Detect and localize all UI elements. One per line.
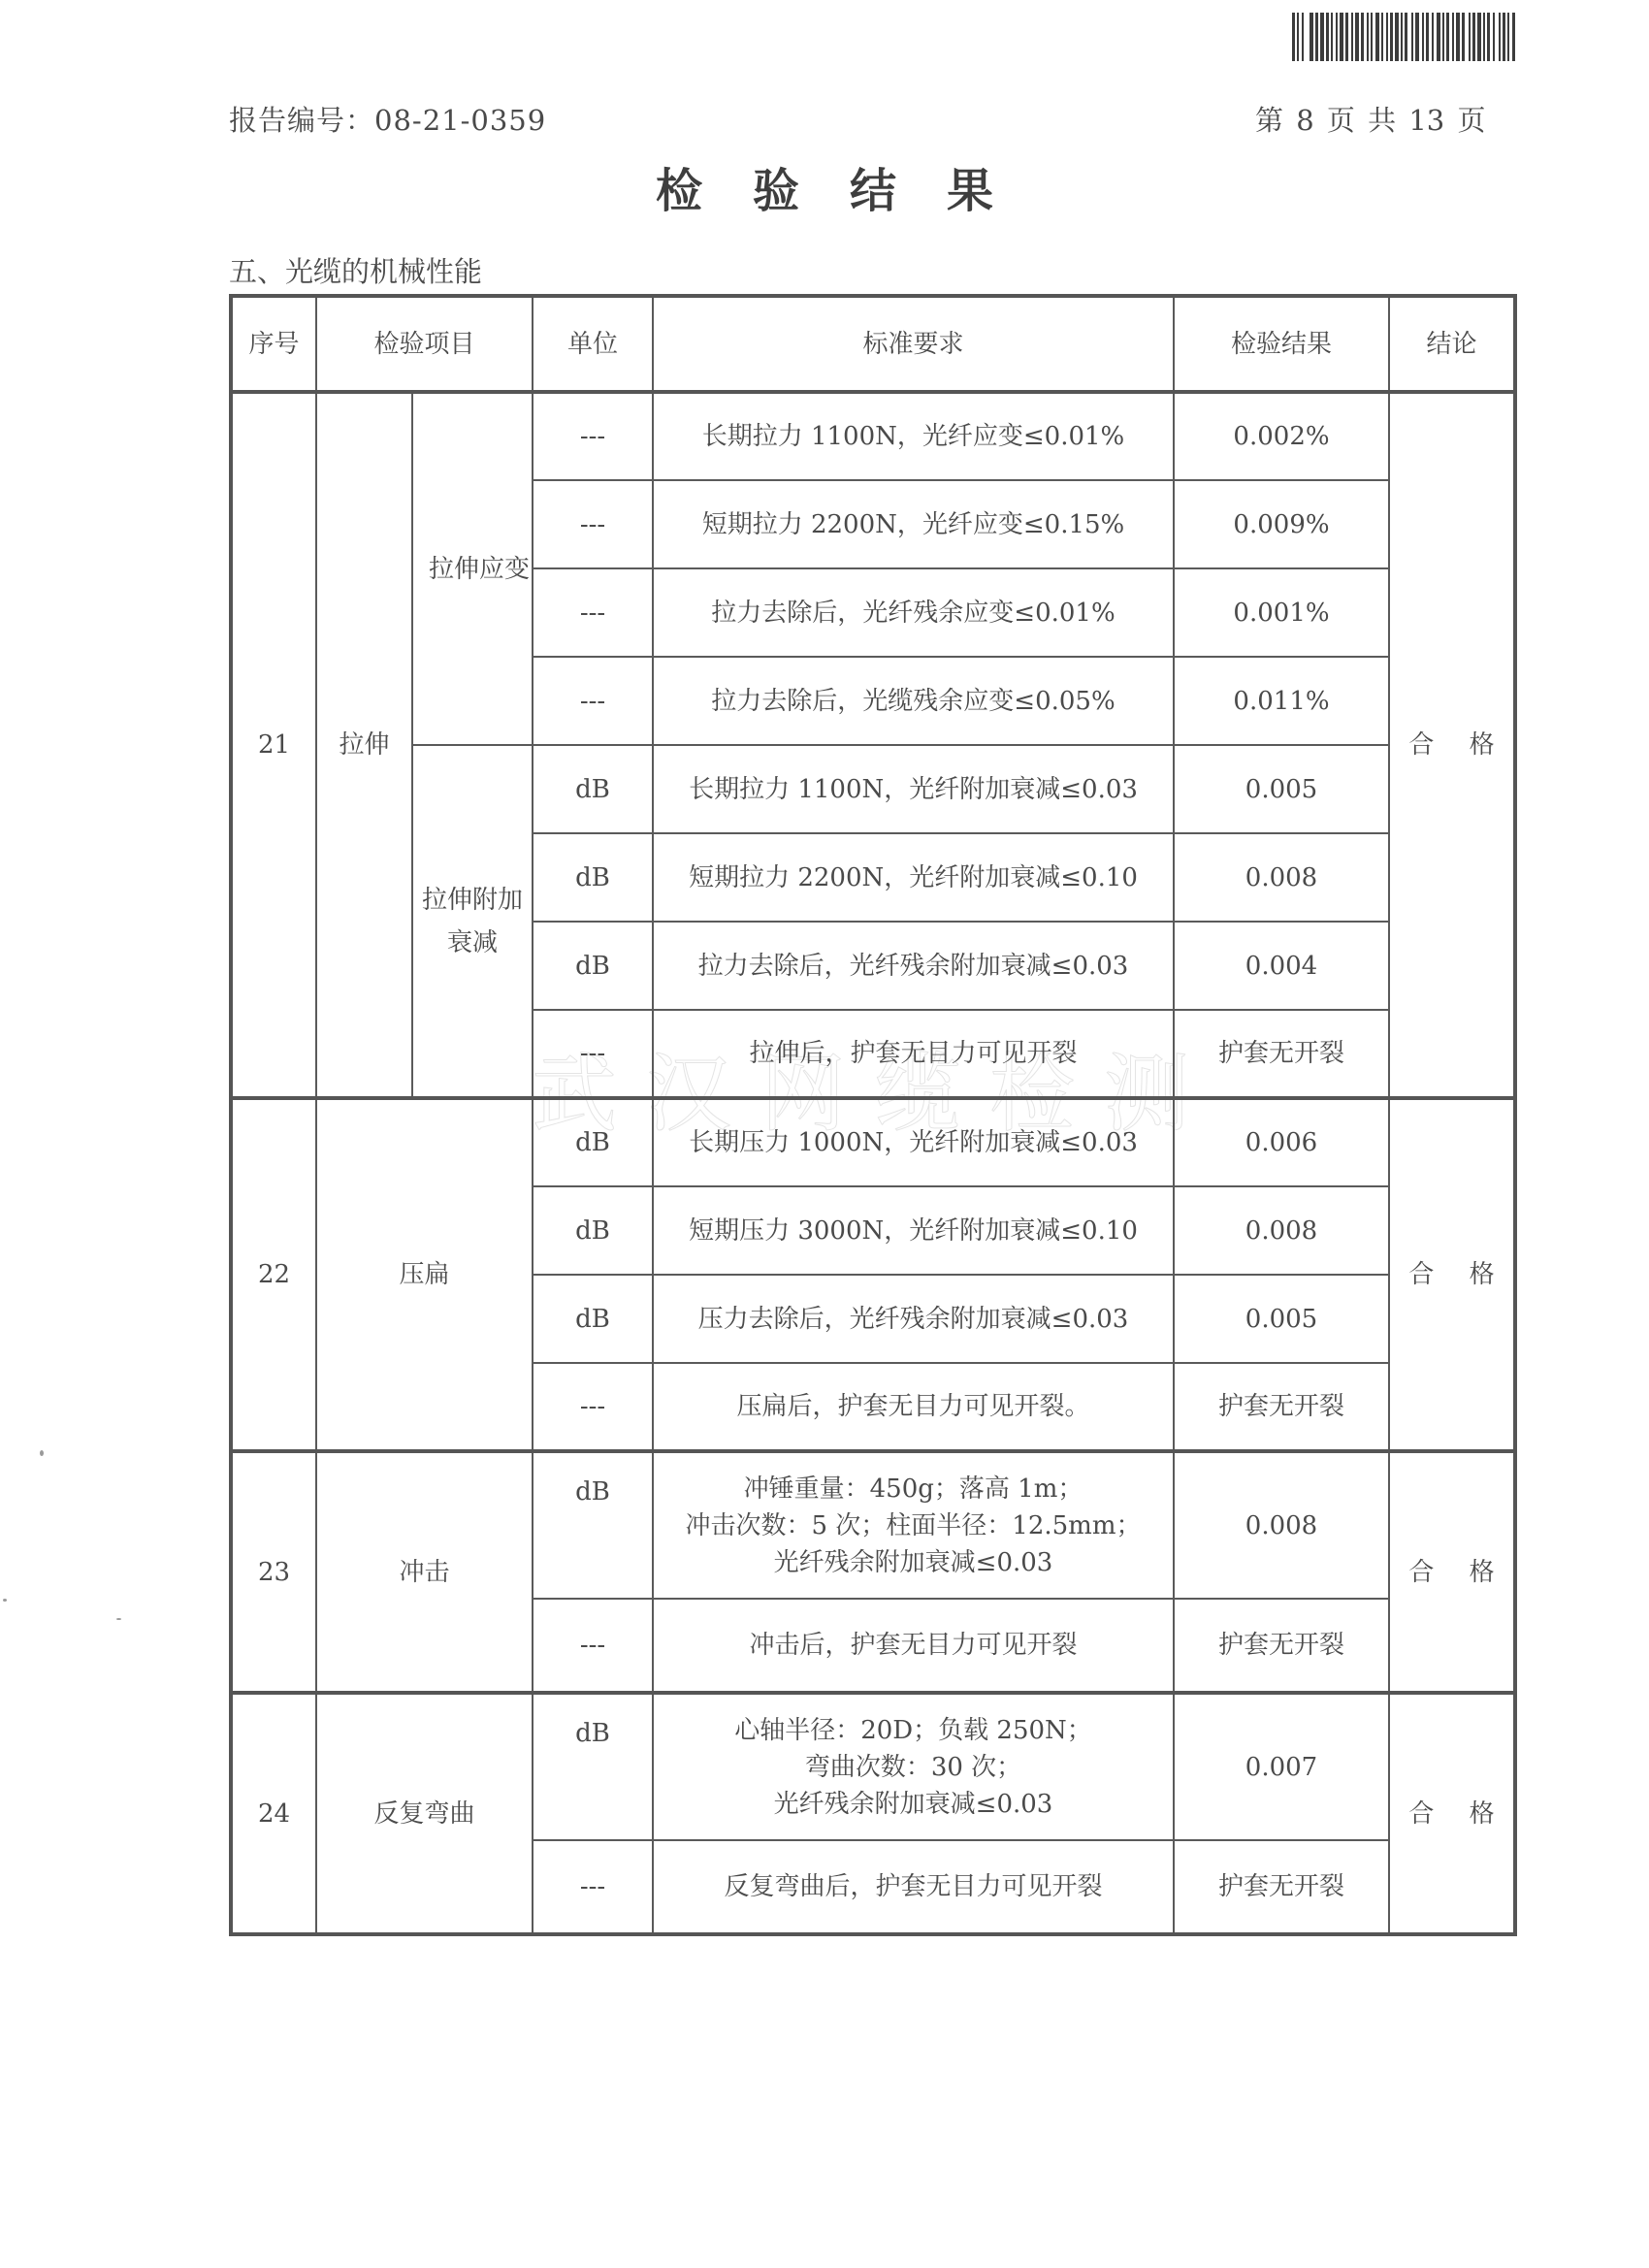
result: 0.007 (1174, 1693, 1389, 1840)
col-header-requirement: 标准要求 (653, 296, 1174, 392)
result: 0.002% (1174, 392, 1389, 480)
table-row: 22 压扁 dB 长期压力 1000N，光纤附加衰减≤0.03 0.006 合 … (231, 1098, 1515, 1186)
result: 0.004 (1174, 922, 1389, 1010)
table-row: 23 冲击 dB 冲锤重量：450g；落高 1m； 冲击次数：5 次；柱面半径：… (231, 1451, 1515, 1599)
item-no: 22 (231, 1098, 316, 1451)
conclusion: 合 格 (1389, 1098, 1515, 1451)
requirement: 长期拉力 1100N，光纤应变≤0.01% (653, 392, 1174, 480)
page-title: 检验结果 (0, 153, 1649, 220)
requirement: 压力去除后，光纤残余附加衰减≤0.03 (653, 1275, 1174, 1363)
requirement-line: 心轴半径：20D；负载 250N； (654, 1712, 1173, 1749)
requirement: 拉伸后，护套无目力可见开裂 (653, 1010, 1174, 1098)
requirement: 长期压力 1000N，光纤附加衰减≤0.03 (653, 1098, 1174, 1186)
requirement-line: 冲锤重量：450g；落高 1m； (654, 1471, 1173, 1507)
requirement-line: 光纤残余附加衰减≤0.03 (654, 1544, 1173, 1581)
scan-speck (3, 1599, 7, 1602)
scan-speck (40, 1450, 44, 1456)
col-header-result: 检验结果 (1174, 296, 1389, 392)
item-name: 冲击 (316, 1451, 533, 1693)
item-name: 压扁 (316, 1098, 533, 1451)
item-name: 反复弯曲 (316, 1693, 533, 1934)
col-header-conclusion: 结论 (1389, 296, 1515, 392)
conclusion: 合 格 (1389, 1451, 1515, 1693)
result: 0.005 (1174, 1275, 1389, 1363)
subitem-name: 拉伸附加衰减 (412, 745, 533, 1098)
requirement-line: 冲击次数：5 次；柱面半径：12.5mm； (654, 1507, 1173, 1544)
requirement: 压扁后，护套无目力可见开裂。 (653, 1363, 1174, 1451)
result: 护套无开裂 (1174, 1363, 1389, 1451)
table-header-row: 序号 检验项目 单位 标准要求 检验结果 结论 (231, 296, 1515, 392)
result: 0.001% (1174, 568, 1389, 657)
conclusion: 合 格 (1389, 1693, 1515, 1934)
col-header-unit: 单位 (533, 296, 653, 392)
results-table: 序号 检验项目 单位 标准要求 检验结果 结论 21 拉伸 拉伸应变 --- 长… (229, 294, 1517, 1936)
requirement: 反复弯曲后，护套无目力可见开裂 (653, 1840, 1174, 1934)
unit: dB (533, 1451, 653, 1599)
result: 0.011% (1174, 657, 1389, 745)
unit: --- (533, 1840, 653, 1934)
result: 护套无开裂 (1174, 1840, 1389, 1934)
result: 护套无开裂 (1174, 1010, 1389, 1098)
requirement: 短期压力 3000N，光纤附加衰减≤0.10 (653, 1186, 1174, 1275)
result: 0.008 (1174, 833, 1389, 922)
table-row: 21 拉伸 拉伸应变 --- 长期拉力 1100N，光纤应变≤0.01% 0.0… (231, 392, 1515, 480)
unit: dB (533, 745, 653, 833)
requirement: 短期拉力 2200N，光纤应变≤0.15% (653, 480, 1174, 568)
result: 0.008 (1174, 1186, 1389, 1275)
unit: dB (533, 1693, 653, 1840)
item-no: 23 (231, 1451, 316, 1693)
result: 0.008 (1174, 1451, 1389, 1599)
col-header-no: 序号 (231, 296, 316, 392)
item-no: 24 (231, 1693, 316, 1934)
unit: dB (533, 833, 653, 922)
item-no: 21 (231, 392, 316, 1098)
requirement: 拉力去除后，光纤残余附加衰减≤0.03 (653, 922, 1174, 1010)
barcode (1292, 13, 1586, 61)
item-name: 拉伸 (316, 392, 412, 1098)
requirement: 拉力去除后，光纤残余应变≤0.01% (653, 568, 1174, 657)
requirement: 心轴半径：20D；负载 250N； 弯曲次数：30 次； 光纤残余附加衰减≤0.… (653, 1693, 1174, 1840)
table-row: 24 反复弯曲 dB 心轴半径：20D；负载 250N； 弯曲次数：30 次； … (231, 1693, 1515, 1840)
requirement: 拉力去除后，光缆残余应变≤0.05% (653, 657, 1174, 745)
result: 护套无开裂 (1174, 1599, 1389, 1693)
unit: dB (533, 922, 653, 1010)
unit: --- (533, 1363, 653, 1451)
unit: dB (533, 1186, 653, 1275)
result: 0.005 (1174, 745, 1389, 833)
requirement: 短期拉力 2200N，光纤附加衰减≤0.10 (653, 833, 1174, 922)
section-heading: 五、光缆的机械性能 (229, 250, 482, 290)
unit: --- (533, 657, 653, 745)
unit: dB (533, 1098, 653, 1186)
page-indicator: 第 8 页 共 13 页 (1255, 99, 1485, 139)
col-header-item: 检验项目 (316, 296, 533, 392)
unit: --- (533, 1599, 653, 1693)
unit: dB (533, 1275, 653, 1363)
subitem-name: 拉伸应变 (412, 392, 533, 745)
unit: --- (533, 1010, 653, 1098)
scan-speck (116, 1618, 121, 1620)
conclusion: 合 格 (1389, 392, 1515, 1098)
table-row: 拉伸附加衰减 dB 长期拉力 1100N，光纤附加衰减≤0.03 0.005 (231, 745, 1515, 833)
report-number: 报告编号：08-21-0359 (229, 99, 546, 139)
requirement-line: 弯曲次数：30 次； (654, 1749, 1173, 1786)
unit: --- (533, 568, 653, 657)
result: 0.009% (1174, 480, 1389, 568)
subitem-label: 拉伸附加衰减 (413, 879, 532, 964)
result: 0.006 (1174, 1098, 1389, 1186)
unit: --- (533, 392, 653, 480)
requirement: 冲锤重量：450g；落高 1m； 冲击次数：5 次；柱面半径：12.5mm； 光… (653, 1451, 1174, 1599)
unit: --- (533, 480, 653, 568)
requirement: 冲击后，护套无目力可见开裂 (653, 1599, 1174, 1693)
requirement-line: 光纤残余附加衰减≤0.03 (654, 1786, 1173, 1823)
requirement: 长期拉力 1100N，光纤附加衰减≤0.03 (653, 745, 1174, 833)
